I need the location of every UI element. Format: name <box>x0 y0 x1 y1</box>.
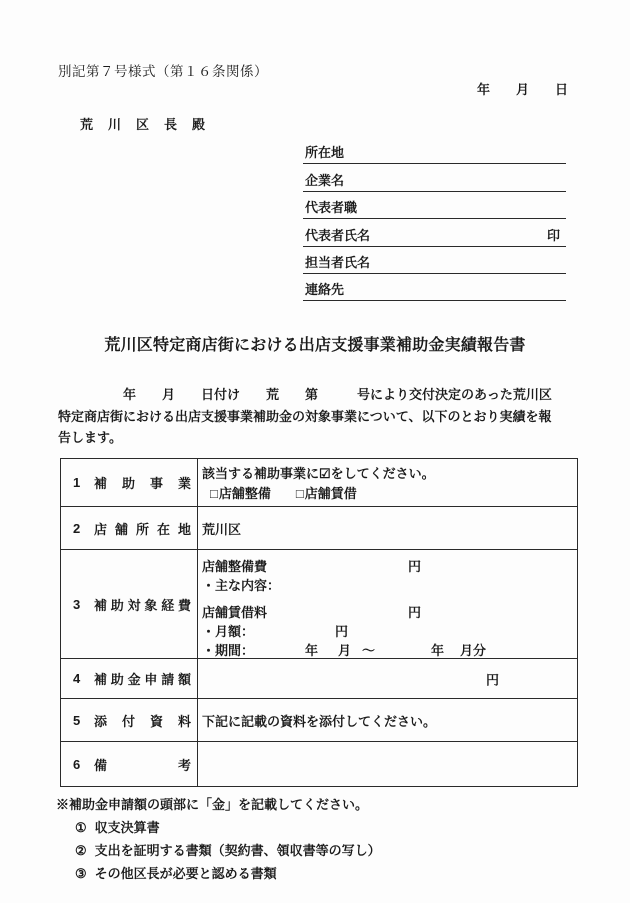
row-number: 5 <box>73 713 94 728</box>
report-table: 1 補助事業 該当する補助事業に☑をしてください。 □店舗整備 □店舗賃借 2 … <box>60 458 578 787</box>
body-line-2: 特定商店街における出店支援事業補助金の対象事業について、以下のとおり実績を報 <box>58 406 563 428</box>
row-label-text: 補助事業 <box>94 473 191 492</box>
row-number: 4 <box>73 671 94 686</box>
checkbox-store-lease-label: 店舗賃借 <box>305 486 357 501</box>
stamp-mark: 印 <box>547 225 560 244</box>
page-title: 荒川区特定商店街における出店支援事業補助金実績報告書 <box>0 332 630 355</box>
attachment-marker-3: ③ <box>75 862 87 885</box>
table-row-subsidy-project: 1 補助事業 該当する補助事業に☑をしてください。 □店舗整備 □店舗賃借 <box>61 459 577 506</box>
row-label-remarks: 6 備考 <box>61 742 198 786</box>
rent-fee-unit: 円 <box>408 602 421 621</box>
body-line-1: 年 月 日付け 荒 第 号により交付決定のあった荒川区 <box>58 384 563 406</box>
main-content-label: ・主な内容： <box>202 578 280 593</box>
checkbox-options: □店舗整備 □店舗賃借 <box>202 484 577 504</box>
checkbox-store-improvement-label: 店舗整備 <box>219 486 271 501</box>
main-content-line: ・主な内容： <box>202 575 577 594</box>
field-label-address: 所在地 <box>305 142 344 161</box>
store-location-value: 荒川区 <box>202 519 241 538</box>
row-label-text: 添付資料 <box>94 711 191 730</box>
improvement-fee-line: 店舗整備費 円 <box>202 556 577 575</box>
checkbox-instruction: 該当する補助事業に☑をしてください。 <box>202 464 577 484</box>
applicant-block: 所在地 企業名 代表者職 代表者氏名 印 担当者氏名 連絡先 <box>303 137 566 301</box>
row-number: 1 <box>73 475 94 490</box>
row-label-text: 補助金申請額 <box>94 669 191 688</box>
attachment-item-1: ① 収支決算書 <box>56 816 381 839</box>
caution-note: ※補助金申請額の頭部に「金」を記載してください。 <box>56 793 381 816</box>
row-label-text: 備考 <box>94 755 191 774</box>
table-row-remarks: 6 備考 <box>61 741 577 786</box>
field-row-rep-name[interactable]: 代表者氏名 印 <box>303 219 566 246</box>
field-row-rep-title[interactable]: 代表者職 <box>303 192 566 219</box>
field-label-contact-info: 連絡先 <box>305 279 344 298</box>
eligible-expenses-cell[interactable]: 店舗整備費 円 ・主な内容： 店舗賃借料 円 ・月額： 円 ・期間： 年 <box>198 550 577 658</box>
attachment-item-3: ③ その他区長が必要と認める書類 <box>56 862 381 885</box>
improvement-fee-label: 店舗整備費 <box>202 559 267 574</box>
field-row-contact-name[interactable]: 担当者氏名 <box>303 247 566 274</box>
checkbox-store-lease-icon[interactable]: □ <box>296 486 304 501</box>
store-location-cell[interactable]: 荒川区 <box>198 507 577 549</box>
attachment-marker-2: ② <box>75 839 87 862</box>
monthly-amount-unit: 円 <box>335 621 348 640</box>
subsidy-amount-cell[interactable]: 円 <box>198 659 577 698</box>
table-row-store-location: 2 店舗所在地 荒川区 <box>61 506 577 549</box>
row-label-store-location: 2 店舗所在地 <box>61 507 198 549</box>
attachment-text-1: 収支決算書 <box>95 816 160 839</box>
period-tilde: ～ <box>362 640 375 659</box>
addressee: 荒 川 区 長 殿 <box>80 114 206 133</box>
remarks-cell[interactable] <box>198 742 577 786</box>
table-row-subsidy-amount: 4 補助金申請額 円 <box>61 658 577 698</box>
body-paragraph: 年 月 日付け 荒 第 号により交付決定のあった荒川区 特定商店街における出店支… <box>58 384 563 449</box>
row-number: 3 <box>73 597 94 612</box>
row-label-subsidy-amount: 4 補助金申請額 <box>61 659 198 698</box>
row-label-text: 補助対象経費 <box>94 595 191 614</box>
form-page: 別記第７号様式（第１６条関係） 年 月 日 荒 川 区 長 殿 所在地 企業名 … <box>0 0 630 903</box>
row-label-attachments: 5 添付資料 <box>61 699 198 741</box>
row-label-eligible-expenses: 3 補助対象経費 <box>61 550 198 658</box>
improvement-fee-unit: 円 <box>408 556 421 575</box>
monthly-amount-line: ・月額： 円 <box>202 621 577 640</box>
attachment-text-3: その他区長が必要と認める書類 <box>95 862 277 885</box>
body-line-3: 告します。 <box>58 427 563 449</box>
field-row-address[interactable]: 所在地 <box>303 137 566 164</box>
attachment-marker-1: ① <box>75 816 87 839</box>
monthly-amount-label: ・月額： <box>202 624 254 639</box>
subsidy-project-cell: 該当する補助事業に☑をしてください。 □店舗整備 □店舗賃借 <box>198 459 577 506</box>
attachment-text-2: 支出を証明する書類（契約書、領収書等の写し） <box>95 839 381 862</box>
attachment-item-2: ② 支出を証明する書類（契約書、領収書等の写し） <box>56 839 381 862</box>
period-month-to: 月分 <box>460 640 486 659</box>
row-label-subsidy-project: 1 補助事業 <box>61 459 198 506</box>
field-label-company: 企業名 <box>305 170 344 189</box>
spacer <box>202 594 577 602</box>
attachments-instruction: 下記に記載の資料を添付してください。 <box>202 711 436 730</box>
footnotes: ※補助金申請額の頭部に「金」を記載してください。 ① 収支決算書 ② 支出を証明… <box>56 793 381 885</box>
checkbox-store-improvement-icon[interactable]: □ <box>210 486 218 501</box>
field-label-rep-name: 代表者氏名 <box>305 225 370 244</box>
form-number: 別記第７号様式（第１６条関係） <box>58 60 268 80</box>
row-number: 6 <box>73 757 94 772</box>
period-line: ・期間： 年 月 ～ 年 月分 <box>202 640 577 659</box>
table-row-eligible-expenses: 3 補助対象経費 店舗整備費 円 ・主な内容： 店舗賃借料 円 ・月額： <box>61 549 577 658</box>
field-label-rep-title: 代表者職 <box>305 197 357 216</box>
date-placeholder: 年 月 日 <box>477 79 568 98</box>
row-number: 2 <box>73 521 94 536</box>
period-year-from: 年 <box>305 640 318 659</box>
period-month-from: 月 <box>338 640 351 659</box>
field-row-company[interactable]: 企業名 <box>303 164 566 191</box>
period-label: ・期間： <box>202 643 254 658</box>
subsidy-amount-unit: 円 <box>486 669 499 688</box>
rent-fee-line: 店舗賃借料 円 <box>202 602 577 621</box>
rent-fee-label: 店舗賃借料 <box>202 605 267 620</box>
option-store-lease: □店舗賃借 <box>296 484 357 504</box>
row-label-text: 店舗所在地 <box>94 519 191 538</box>
option-store-improvement: □店舗整備 <box>210 484 271 504</box>
field-label-contact-name: 担当者氏名 <box>305 252 370 271</box>
table-row-attachments: 5 添付資料 下記に記載の資料を添付してください。 <box>61 698 577 741</box>
period-year-to: 年 <box>431 640 444 659</box>
field-row-contact-info[interactable]: 連絡先 <box>303 274 566 301</box>
attachments-cell: 下記に記載の資料を添付してください。 <box>198 699 577 741</box>
